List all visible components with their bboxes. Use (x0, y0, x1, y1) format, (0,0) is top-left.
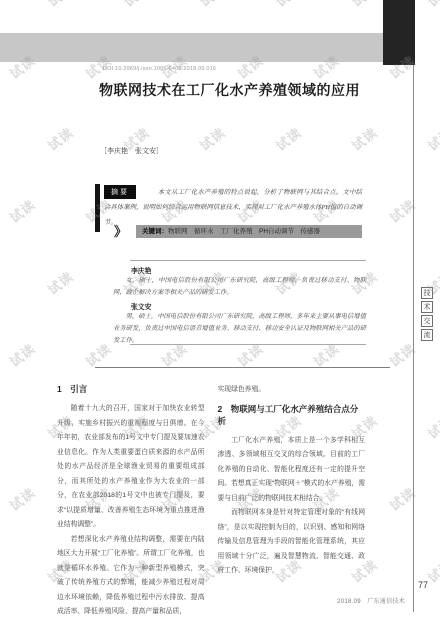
authors-line: ［李庆艳 张文安］ (100, 146, 163, 156)
watermark-stamp: 试读 (5, 194, 39, 226)
watermark-stamp: 试读 (423, 410, 440, 442)
watermark-stamp: 试读 (347, 0, 381, 11)
right-column: 实现绿色养殖。 2 物联网与工厂化水产养殖结合点分析 工厂化水产养殖，本质上是一… (218, 383, 366, 620)
section-1-paragraph: 随着十九大的召开，国家对于加快农业转型升级，实施乡村振兴的重视程度与日俱增。在今… (57, 402, 205, 533)
article-title: 物联网技术在工厂化水产养殖领域的应用 (99, 80, 360, 100)
watermark-stamp: 试读 (5, 338, 39, 370)
watermark-stamp: 试读 (195, 122, 229, 154)
journal-page: DOI:10.3969/j.issn.1006-6403.2018.09.016… (0, 0, 440, 620)
watermark-stamp: 试读 (0, 410, 1, 442)
section-2-heading: 2 物联网与工厂化水产养殖结合点分析 (218, 403, 366, 427)
bio-divider-bottom (130, 344, 366, 345)
watermark-stamp: 试读 (81, 338, 115, 370)
keywords-chevron-icon: 》 (114, 221, 127, 240)
abstract-block: 摘要 本文从工厂化水产养殖的特点说起，分析了物联网与其结合点。文中结合具体案例，… (104, 185, 362, 230)
bio-divider-top (130, 260, 366, 261)
bio-name: 李庆艳 (131, 265, 366, 275)
watermark-stamp: 试读 (0, 266, 1, 298)
section-1-continuation: 实现绿色养殖。 (218, 383, 366, 398)
abstract-text: 本文从工厂化水产养殖的特点说起，分析了物联网与其结合点。文中结合具体案例，说明如… (104, 185, 362, 230)
side-tab-char: 技 (421, 287, 433, 299)
abstract-label: 摘要 (104, 185, 136, 199)
doi-line: DOI:10.3969/j.issn.1006-6403.2018.09.016 (103, 66, 216, 72)
right-vertical-rule (413, 65, 414, 612)
watermark-stamp: 试读 (43, 0, 77, 11)
section-2-paragraph: 而物联网本身是针对特定管理对象的“有线网络”，是以实现控制为目的，以识别、感知和… (218, 506, 366, 579)
left-column: 1 引言 随着十九大的召开，国家对于加快农业转型升级，实施乡村振兴的重视程度与日… (57, 383, 205, 620)
watermark-stamp: 试读 (43, 122, 77, 154)
corner-black-tab (383, 0, 415, 65)
keywords-bar: 关键词：物联网 循环水 工厂化养殖 PH自动调节 传感器 (136, 225, 362, 238)
bio-name: 张文安 (131, 301, 366, 311)
header-gray-band (0, 33, 383, 62)
watermark-stamp: 试读 (43, 266, 77, 298)
side-tab-char: 流 (421, 329, 433, 341)
bio-text: 男，硕士，中国电信股份有限公司广东研究院，高级工程师，多年来主要从事电信增值业务… (113, 311, 366, 347)
watermark-stamp: 试读 (0, 122, 1, 154)
watermark-stamp: 试读 (195, 0, 229, 11)
bio-text: 女，硕士，中国电信股份有限公司广东研究院，高级工程师，负责过移动支付、物联网、政… (113, 275, 366, 299)
watermark-stamp: 试读 (271, 122, 305, 154)
watermark-stamp: 试读 (0, 0, 1, 11)
keywords-text: 物联网 循环水 工厂化养殖 PH自动调节 传感器 (168, 228, 320, 235)
author-bios: 李庆艳 女，硕士，中国电信股份有限公司广东研究院，高级工程师，负责过移动支付、物… (113, 263, 366, 347)
side-tab-char: 术 (421, 301, 433, 313)
watermark-stamp: 试读 (271, 0, 305, 11)
watermark-stamp: 试读 (119, 0, 153, 11)
watermark-stamp: 试读 (423, 0, 440, 11)
watermark-stamp: 试读 (347, 122, 381, 154)
side-tab-char: 交 (421, 315, 433, 327)
section-divider (95, 367, 390, 368)
section-1-paragraph: 若想深化水产养殖业结构调整，需要在内陆地区大力开展“工厂化养殖”。所谓工厂化养殖… (57, 533, 205, 620)
body-columns: 1 引言 随着十九大的召开，国家对于加快农业转型升级，实施乡村振兴的重视程度与日… (57, 383, 365, 620)
section-2-paragraph: 工厂化水产养殖，本质上是一个多学科相互渗透、多领域相互交叉的综合领域。目前的工厂… (218, 434, 366, 507)
abstract-accent-bar (95, 184, 100, 232)
keywords-label: 关键词： (142, 228, 168, 235)
page-number: 77 (418, 580, 428, 590)
watermark-stamp: 试读 (5, 482, 39, 514)
watermark-stamp: 试读 (0, 554, 1, 586)
section-1-heading: 1 引言 (57, 383, 205, 395)
side-category-tab: 技 术 交 流 (421, 287, 433, 341)
journal-footer: 2018.09 广东通信技术 (337, 596, 405, 605)
watermark-stamp: 试读 (423, 122, 440, 154)
